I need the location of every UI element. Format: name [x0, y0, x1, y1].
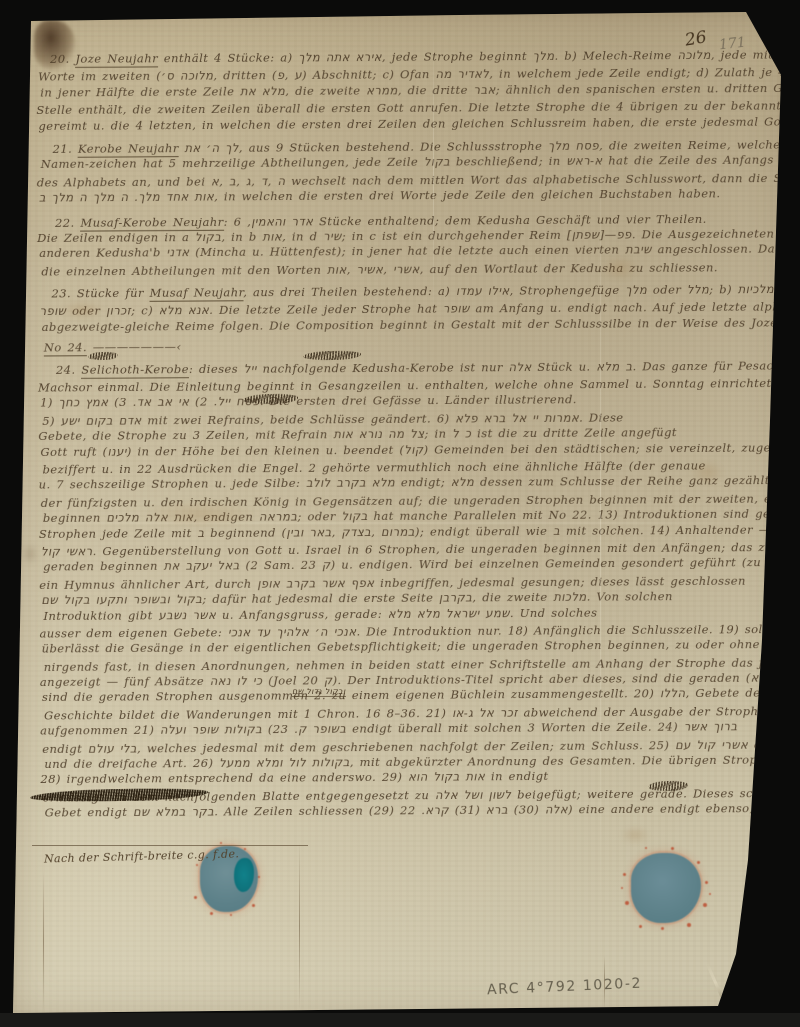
line-text: abgezweigte-gleiche Reime folgen. Die Co… — [42, 315, 787, 334]
red-speck — [230, 914, 232, 916]
scanner-bed-strip — [0, 1013, 800, 1027]
manuscript-line: abgezweigte-gleiche Reime folgen. Die Co… — [42, 314, 754, 335]
line-text: aufgenommen 21) בשופר ק. 23) בקולות שופר… — [40, 720, 737, 738]
line-text: 1) פסח ייל. 2) אי אב אד. 3) אמץ כחך. Die… — [40, 393, 577, 410]
line-text: Strophen jede Zeile mit ב beginnend (במר… — [39, 522, 800, 541]
manuscript-line: אות אחד מלך. ה מלך ה מלך ב, in welchen d… — [39, 185, 751, 206]
red-speck — [703, 903, 707, 907]
line-text: 23. — [51, 286, 76, 300]
line-text: , aus drei Theilen bestehend: a) אילו עמ… — [243, 281, 800, 299]
line-text: 20. — [50, 52, 75, 66]
manuscript-line: gereimt u. die 4 letzten, in welchen die… — [38, 113, 750, 134]
manuscript-line: Gebet endigt בקר במלא שם. Alle Zeilen sc… — [45, 800, 757, 821]
underlined-title: Joze Neujahr — [75, 51, 158, 68]
manuscript-text: 20. Joze Neujahr enthält 4 Stücke: a) אי… — [38, 48, 755, 822]
line-text: überlässt die Gesänge in der eigentliche… — [42, 637, 760, 655]
line-text: : dieses ייל nachfolgende Kedusha-Kerobe… — [189, 357, 800, 376]
foxing-spot — [620, 826, 650, 844]
underlined-title: Musaf Neujahr — [150, 285, 244, 302]
manuscript-line: No 24. ———————‹ — [44, 335, 752, 356]
paragraph: 24. Selichoth-Kerobe: dieses ייל nachfol… — [40, 358, 755, 821]
corner-fold — [706, 963, 726, 1003]
horizontal-crease — [30, 522, 750, 524]
red-speck — [687, 923, 691, 927]
paragraph: 23. Stücke für Musaf Neujahr, aus drei T… — [39, 282, 751, 336]
red-speck — [639, 925, 642, 928]
red-speck — [645, 847, 647, 849]
red-speck — [697, 861, 700, 864]
manuscript-line: die einzelnen Abtheilungen mit den Worte… — [41, 259, 753, 280]
line-text: enthält 4 Stücke: a) אירא אתה מלך, jede … — [158, 46, 800, 65]
line-text: geraden beginnen באל יעקב את (2 Sam. ק 2… — [43, 555, 800, 574]
line-text: Gebet endigt בקר במלא שם. Alle Zeilen sc… — [45, 801, 800, 820]
paragraph: 22. Musaf-Kerobe Neujahr: אדר והאמין, 6 … — [39, 209, 751, 279]
crease-line — [299, 842, 300, 1010]
paragraph: No 24. ———————‹ — [30, 335, 752, 356]
line-text: אות אחד מלך. ה מלך ה מלך ב, in welchen d… — [39, 187, 721, 205]
red-speck — [621, 887, 623, 889]
ink-blot-right — [631, 853, 701, 923]
line-text: gereimt u. die 4 letzten, in welchen die… — [38, 114, 800, 133]
red-speck — [623, 873, 626, 876]
red-speck — [210, 912, 213, 915]
red-speck — [625, 901, 629, 905]
line-text: Stücke für — [77, 286, 150, 300]
foxing-spot — [690, 460, 724, 484]
red-speck — [709, 893, 711, 895]
scan-background: { "scan": { "folio_number_ink": "26", "f… — [0, 0, 800, 1027]
foxing-spot — [140, 500, 260, 528]
footer-rule — [32, 845, 308, 846]
manuscript-page: 26 171 20. Joze Neujahr enthält 4 Stücke… — [0, 0, 800, 1027]
crease-line — [433, 20, 434, 320]
ink-blot-teal-patch — [234, 858, 254, 892]
underlined-title: No 24. — [44, 340, 87, 356]
shelfmark: ARC 4°792 1020-2 — [487, 976, 643, 999]
crease-line — [43, 872, 44, 1012]
line-text: Namen-zeichen hat 5 mehrzeilige Abtheilu… — [41, 153, 795, 172]
line-text: sind die geraden Strophen ausgenommen 2.… — [42, 686, 800, 705]
red-speck — [705, 881, 708, 884]
paper-sliver — [429, 1, 433, 15]
line-text: anderen Kedusha'b אדני (Mincha u. Hütten… — [39, 241, 800, 260]
paragraph: 20. Joze Neujahr enthält 4 Stücke: a) אי… — [38, 48, 750, 134]
underlined-title: Selichoth-Kerobe — [81, 362, 189, 379]
line-text: 28) irgendwelchem entsprechend da eine a… — [40, 769, 548, 786]
red-speck — [244, 848, 246, 850]
margin-smudge — [22, 544, 38, 564]
red-speck — [252, 904, 255, 907]
line-text: 24. — [56, 362, 81, 376]
line-text: 21. — [53, 142, 78, 156]
crease-line — [600, 60, 601, 960]
line-text: Introduktion gibt אשר נשבע u. Anfangsgru… — [43, 605, 597, 622]
red-speck — [220, 842, 222, 844]
red-speck — [258, 876, 260, 878]
paragraph: 21. Kerobe Neujahr לך ה׳ את, aus 9 Stück… — [39, 137, 751, 207]
red-speck — [661, 927, 664, 930]
interlinear-insertion: ובקול גדול שם — [292, 687, 346, 697]
red-speck — [671, 847, 674, 850]
foxing-spot — [600, 255, 640, 281]
foxing-spot — [60, 300, 104, 320]
red-speck — [194, 896, 197, 899]
line-text: Gott ruft (יענו) in der Höhe bei den kle… — [40, 440, 800, 459]
red-speck — [196, 864, 198, 866]
line-text: 22. — [55, 215, 80, 229]
